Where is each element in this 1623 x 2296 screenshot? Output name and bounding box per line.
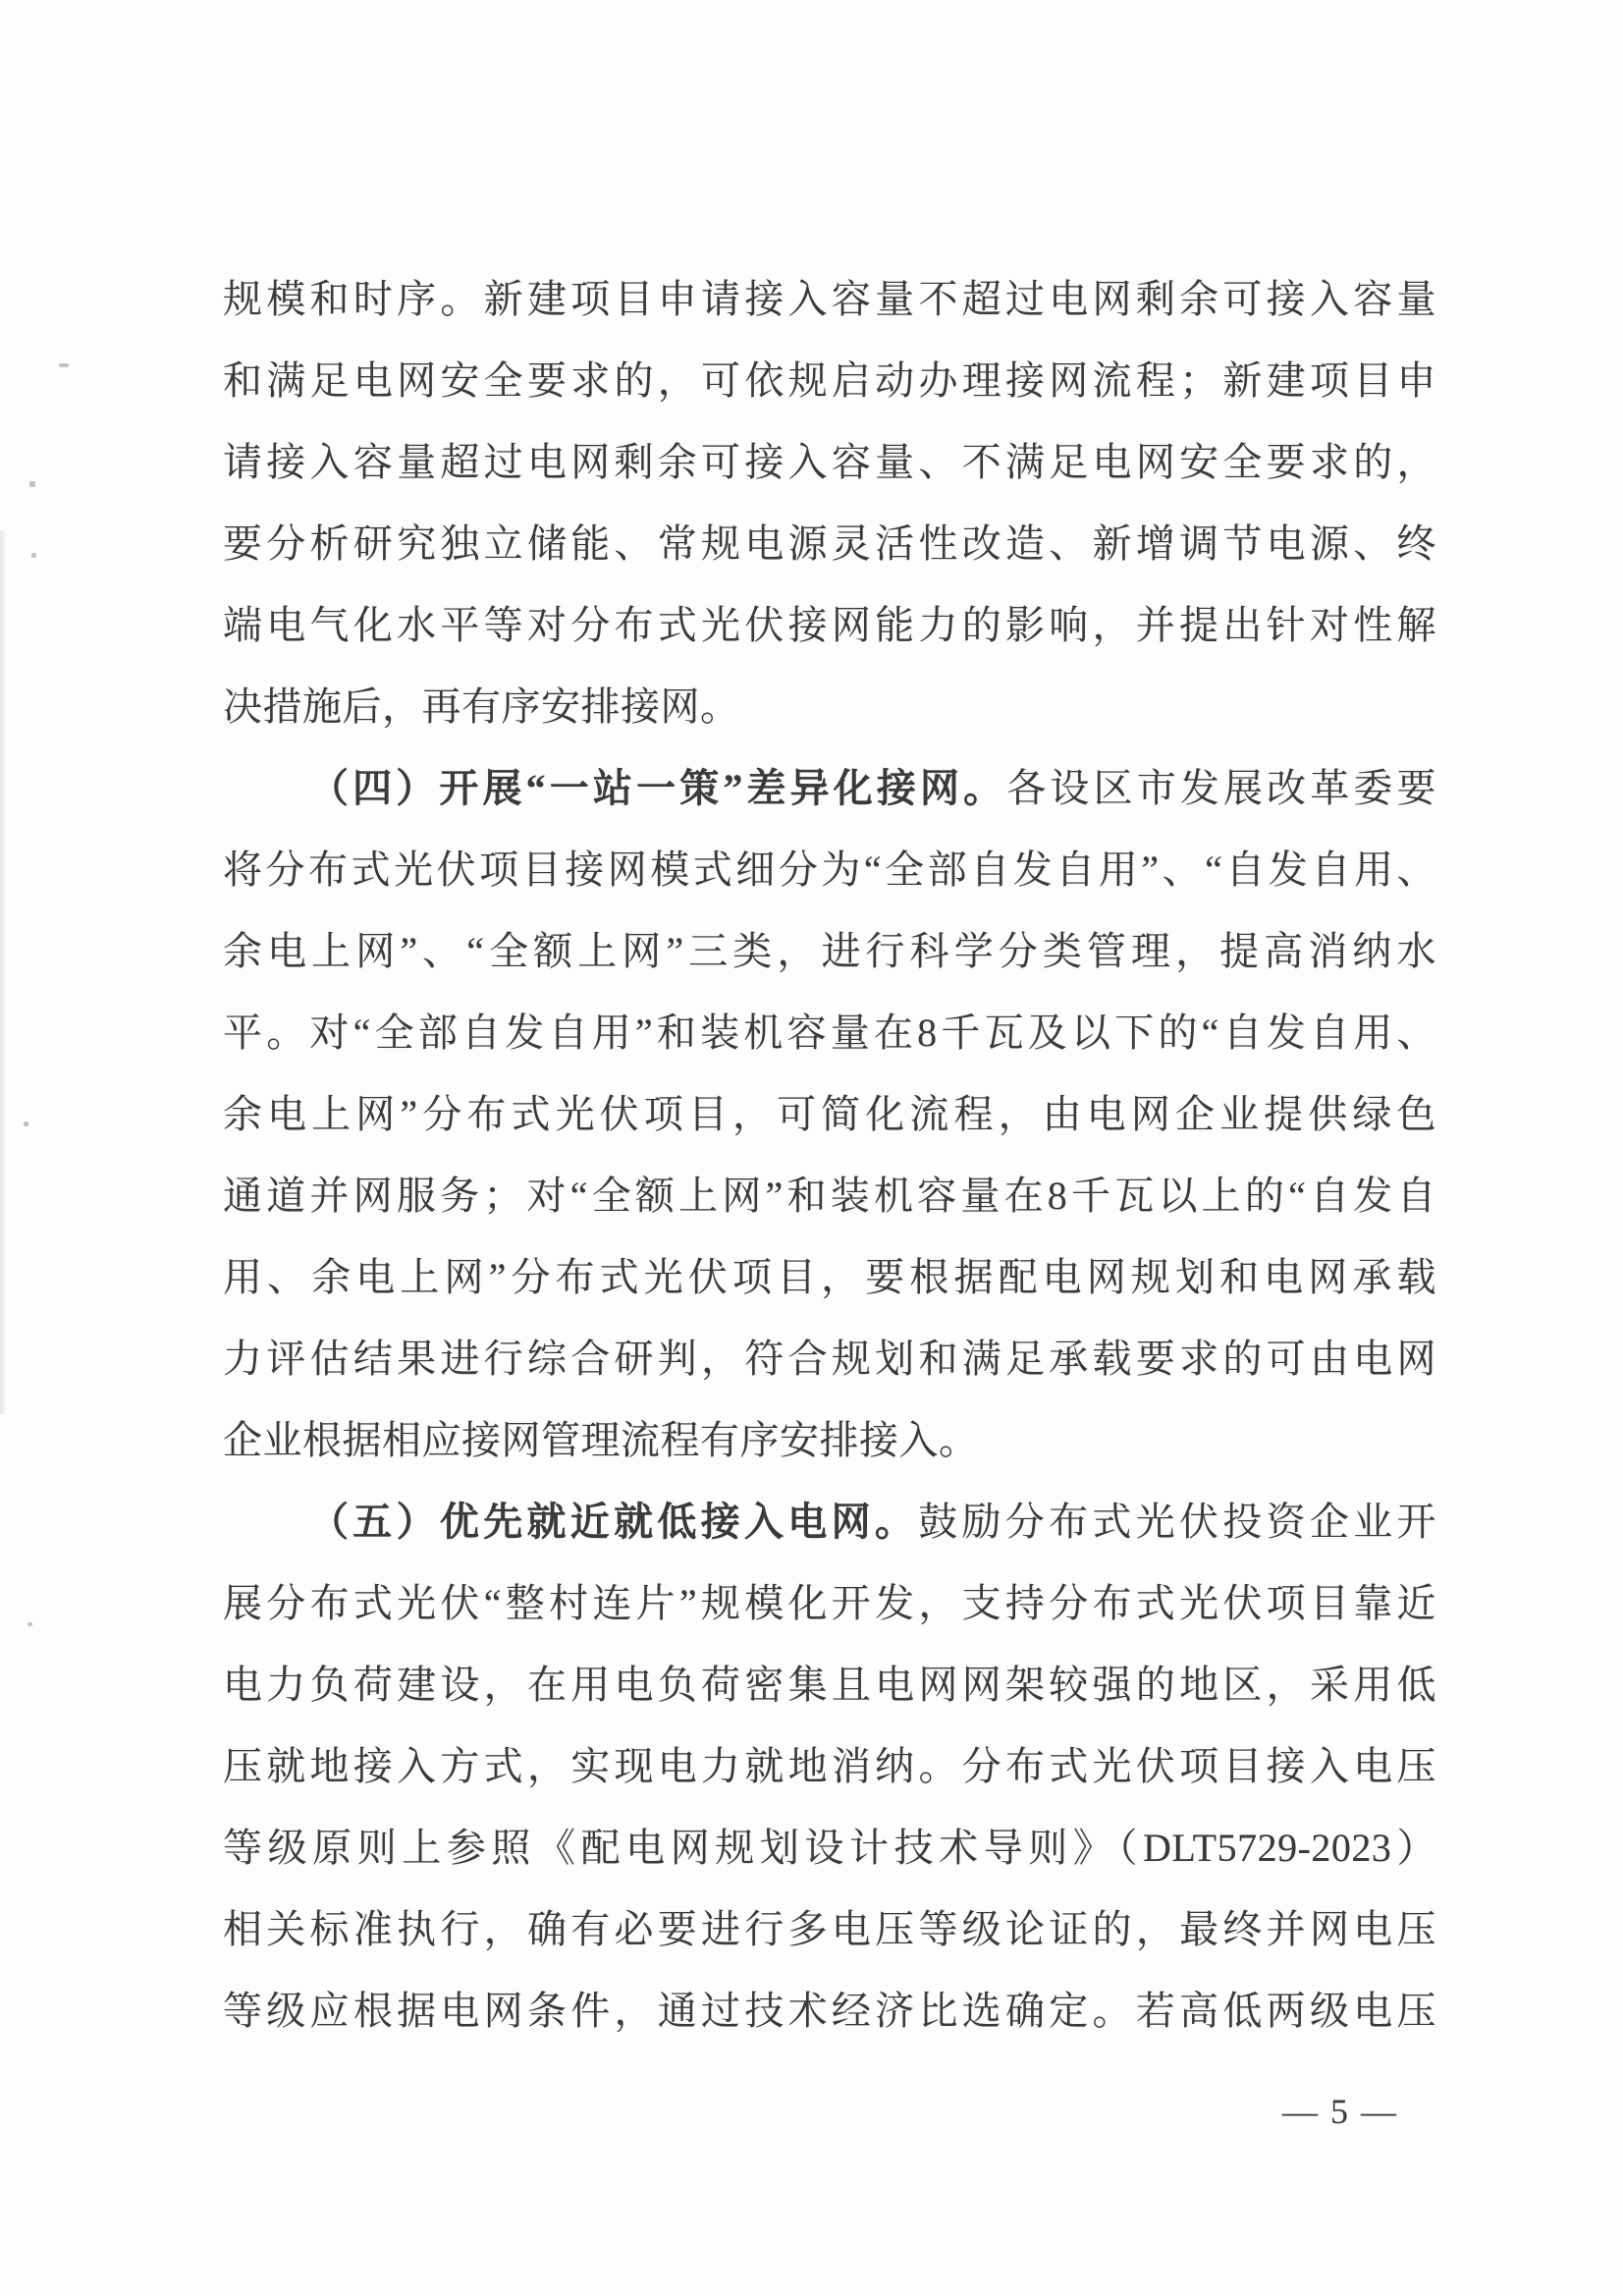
- scan-speck: [27, 1622, 32, 1626]
- page-number: — 5 —: [1257, 2087, 1424, 2136]
- document-page: 规模和时序。新建项目申请接入容量不超过电网剩余可接入容量 和满足电网安全要求的，…: [0, 0, 1623, 2296]
- text-line-section-4-heading: （四）开展“一站一策”差异化接网。各设区市发展改革委要: [223, 747, 1436, 829]
- text-line: 展分布式光伏“整村连片”规模化开发，支持分布式光伏项目靠近: [223, 1562, 1436, 1644]
- text-line: 压就地接入方式，实现电力就地消纳。分布式光伏项目接入电压: [223, 1725, 1436, 1807]
- text-line: 将分布式光伏项目接网模式细分为“全部自发自用”、“自发自用、: [223, 829, 1436, 910]
- text-line: 平。对“全部自发自用”和装机容量在8千瓦及以下的“自发自用、: [223, 992, 1436, 1073]
- text-line: 要分析研究独立储能、常规电源灵活性改造、新增调节电源、终: [223, 503, 1436, 584]
- text-line-section-5-heading: （五）优先就近就低接入电网。鼓励分布式光伏投资企业开: [223, 1481, 1436, 1562]
- section-4-heading: （四）开展“一站一策”差异化接网。: [309, 766, 1006, 810]
- text-line-paragraph-end: 企业根据相应接网管理流程有序安排接入。: [223, 1399, 1436, 1481]
- scan-speck: [31, 553, 36, 558]
- section-5-heading: （五）优先就近就低接入电网。: [309, 1500, 918, 1544]
- text-line: 通道并网服务；对“全额上网”和装机容量在8千瓦以上的“自发自: [223, 1155, 1436, 1236]
- section-5-text: 鼓励分布式光伏投资企业开: [918, 1500, 1436, 1544]
- text-line: 电力负荷建设，在用电负荷密集且电网网架较强的地区，采用低: [223, 1644, 1436, 1725]
- scan-speck: [29, 481, 35, 487]
- text-line-paragraph-end: 决措施后，再有序安排接网。: [223, 666, 1436, 747]
- document-body: 规模和时序。新建项目申请接入容量不超过电网剩余可接入容量 和满足电网安全要求的，…: [223, 258, 1436, 2051]
- text-line: 规模和时序。新建项目申请接入容量不超过电网剩余可接入容量: [223, 258, 1436, 340]
- text-line: 请接入容量超过电网剩余可接入容量、不满足电网安全要求的，: [223, 421, 1436, 503]
- text-line: 端电气化水平等对分布式光伏接网能力的影响，并提出针对性解: [223, 584, 1436, 666]
- text-line: 余电上网”分布式光伏项目，可简化流程，由电网企业提供绿色: [223, 1073, 1436, 1155]
- text-line: 等级应根据电网条件，通过技术经济比选确定。若高低两级电压: [223, 1970, 1436, 2051]
- text-line: 和满足电网安全要求的，可依规启动办理接网流程；新建项目申: [223, 340, 1436, 421]
- section-4-text: 各设区市发展改革委要: [1006, 766, 1436, 810]
- text-line: 余电上网”、“全额上网”三类，进行科学分类管理，提高消纳水: [223, 910, 1436, 992]
- text-line: 用、余电上网”分布式光伏项目，要根据配电网规划和电网承载: [223, 1236, 1436, 1318]
- text-line: 相关标准执行，确有必要进行多电压等级论证的，最终并网电压: [223, 1888, 1436, 1970]
- text-line: 等级原则上参照《配电网规划设计技术导则》（DLT5729-2023）: [223, 1807, 1436, 1888]
- scan-edge-artifact: [0, 530, 7, 1414]
- scan-speck: [59, 363, 69, 367]
- scan-speck: [24, 1121, 28, 1126]
- text-line: 力评估结果进行综合研判，符合规划和满足承载要求的可由电网: [223, 1318, 1436, 1399]
